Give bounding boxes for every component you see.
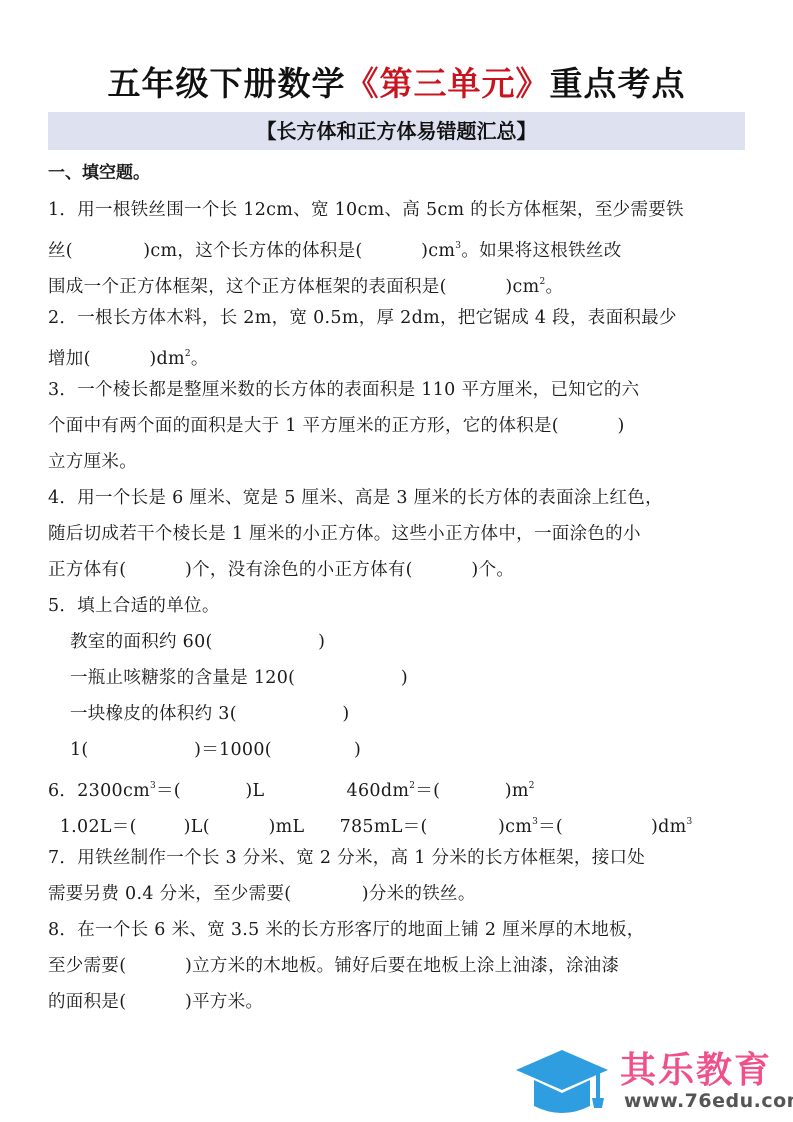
text-fragment: ＝( )m [415, 781, 528, 801]
superscript: 2 [529, 781, 535, 791]
graduation-cap-icon [512, 1046, 612, 1118]
superscript: 3 [687, 817, 693, 827]
text-fragment: 。如果将这根铁丝改 [461, 241, 621, 261]
question-5: 5．填上合适的单位。 教室的面积约 60( ) 一瓶止咳糖浆的含量是 120( … [48, 588, 748, 768]
subtitle: 【长方体和正方体易错题汇总】 [257, 119, 537, 143]
question-line: 至少需要( )立方米的木地板。铺好后要在地板上涂上油漆，涂油漆 [48, 948, 748, 984]
question-1: 1．用一根铁丝围一个长 12cm、宽 10cm、高 5cm 的长方体框架，至少需… [48, 192, 748, 300]
question-6: 6．2300cm3＝( )L 460dm2＝( )m2 1.02L＝( )L( … [48, 768, 748, 840]
question-4: 4．用一个长是 6 厘米、宽是 5 厘米、高是 3 厘米的长方体的表面涂上红色，… [48, 480, 748, 588]
page-title: 五年级下册数学《第三单元》重点考点 [0, 58, 793, 105]
text-fragment: ＝( )dm [538, 817, 686, 837]
brand-logo: 其乐教育 www.76edu.com [512, 1040, 792, 1120]
question-line: 5．填上合适的单位。 [48, 588, 748, 624]
unit-item: 一瓶止咳糖浆的含量是 120( ) [48, 660, 748, 696]
question-line: 正方体有( )个，没有涂色的小正方体有( )个。 [48, 552, 748, 588]
question-7: 7．用铁丝制作一个长 3 分米、宽 2 分米，高 1 分米的长方体框架，接口处 … [48, 840, 748, 912]
question-line: 6．2300cm3＝( )L 460dm2＝( )m2 [48, 768, 748, 804]
title-prefix: 五年级下册数学 [108, 64, 346, 103]
text-fragment: 围成一个正方体框架，这个正方体框架的表面积是( )cm [48, 277, 539, 297]
question-2: 2．一根长方体木料，长 2m，宽 0.5m，厚 2dm，把它锯成 4 段，表面积… [48, 300, 748, 372]
question-line: 1．用一根铁丝围一个长 12cm、宽 10cm、高 5cm 的长方体框架，至少需… [48, 192, 748, 228]
title-suffix: 重点考点 [550, 64, 686, 103]
question-line: 2．一根长方体木料，长 2m，宽 0.5m，厚 2dm，把它锯成 4 段，表面积… [48, 300, 748, 336]
question-line: 随后切成若干个棱长是 1 厘米的小正方体。这些小正方体中，一面涂色的小 [48, 516, 748, 552]
question-line: 8．在一个长 6 米、宽 3.5 米的长方形客厅的地面上铺 2 厘米厚的木地板， [48, 912, 748, 948]
worksheet-content: 一、填空题。 1．用一根铁丝围一个长 12cm、宽 10cm、高 5cm 的长方… [48, 158, 748, 1020]
section-heading: 一、填空题。 [48, 158, 748, 192]
question-line: 增加( )dm2。 [48, 336, 748, 372]
question-line: 的面积是( )平方米。 [48, 984, 748, 1020]
question-line: 需要另费 0.4 分米，至少需要( )分米的铁丝。 [48, 876, 748, 912]
text-fragment: 6．2300cm [48, 781, 150, 801]
question-line: 立方厘米。 [48, 444, 748, 480]
question-line: 丝( )cm，这个长方体的体积是( )cm3。如果将这根铁丝改 [48, 228, 748, 264]
unit-item: 1( )＝1000( ) [48, 732, 748, 768]
question-line: 围成一个正方体框架，这个正方体框架的表面积是( )cm2。 [48, 264, 748, 300]
title-highlight: 《第三单元》 [346, 64, 550, 103]
text-fragment: 增加( )dm [48, 349, 185, 369]
question-line: 1.02L＝( )L( )mL 785mL＝( )cm3＝( )dm3 [48, 804, 748, 840]
text-fragment: 。 [546, 277, 564, 297]
text-fragment: ＝( )L 460dm [156, 781, 409, 801]
question-3: 3．一个棱长都是整厘米数的长方体的表面积是 110 平方厘米，已知它的六 个面中… [48, 372, 748, 480]
text-fragment: 。 [191, 349, 209, 369]
brand-url: www.76edu.com [624, 1090, 793, 1112]
question-line: 4．用一个长是 6 厘米、宽是 5 厘米、高是 3 厘米的长方体的表面涂上红色， [48, 480, 748, 516]
text-fragment: 丝( )cm，这个长方体的体积是( )cm [48, 241, 455, 261]
unit-item: 教室的面积约 60( ) [48, 624, 748, 660]
question-line: 7．用铁丝制作一个长 3 分米、宽 2 分米，高 1 分米的长方体框架，接口处 [48, 840, 748, 876]
question-line: 个面中有两个面的面积是大于 1 平方厘米的正方形，它的体积是( ) [48, 408, 748, 444]
question-line: 3．一个棱长都是整厘米数的长方体的表面积是 110 平方厘米，已知它的六 [48, 372, 748, 408]
text-fragment: 1.02L＝( )L( )mL 785mL＝( )cm [48, 817, 532, 837]
question-8: 8．在一个长 6 米、宽 3.5 米的长方形客厅的地面上铺 2 厘米厚的木地板，… [48, 912, 748, 1020]
subtitle-band: 【长方体和正方体易错题汇总】 [48, 112, 745, 150]
brand-name: 其乐教育 [620, 1042, 772, 1093]
unit-item: 一块橡皮的体积约 3( ) [48, 696, 748, 732]
